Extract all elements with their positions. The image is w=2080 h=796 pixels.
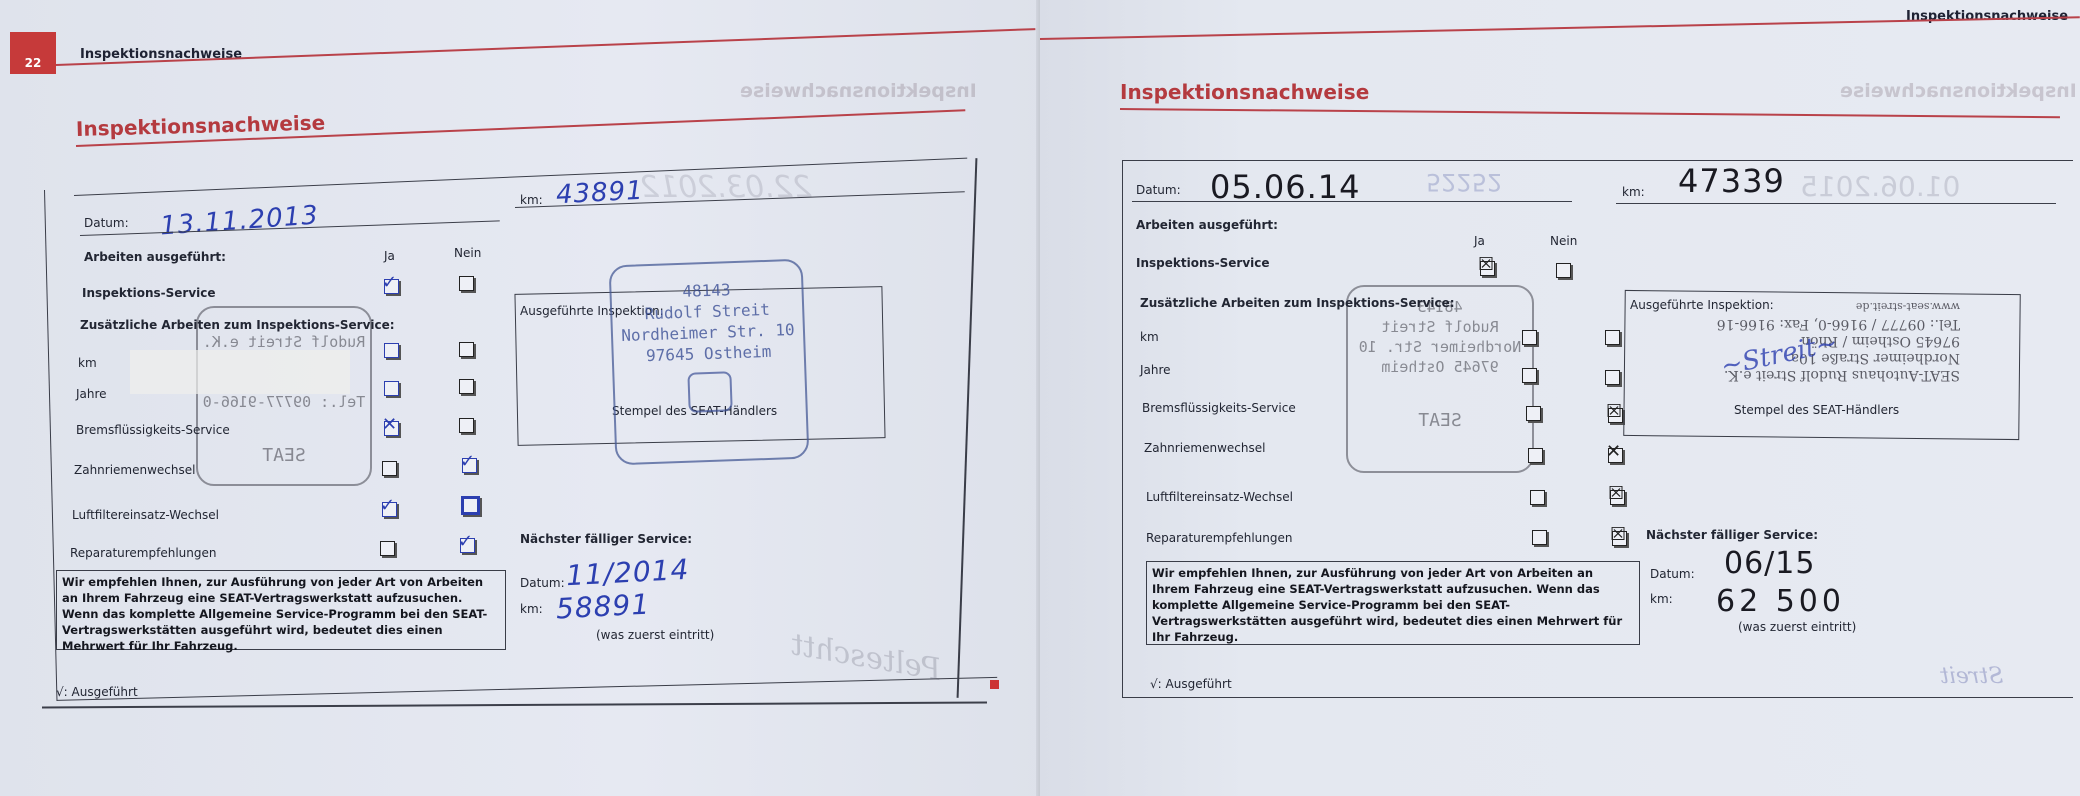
- item-jahre-yes-checkbox[interactable]: [384, 381, 399, 396]
- recommendation-note: Wir empfehlen Ihnen, zur Ausführung von …: [56, 570, 506, 650]
- show-through-title: Inspektionsnachweise: [740, 80, 977, 102]
- page-number-tab: 22: [10, 32, 56, 74]
- item-jahre-no-checkbox[interactable]: [459, 379, 474, 394]
- item-air-filter-yes-checkbox[interactable]: [1530, 490, 1545, 505]
- date-label: Datum:: [1136, 183, 1181, 197]
- next-km-field[interactable]: 62 500: [1716, 584, 1845, 619]
- next-date-label: Datum:: [1650, 567, 1695, 581]
- item-timing-belt-label: Zahnriemenwechsel: [1144, 441, 1265, 455]
- inspection-service-yes-checkbox[interactable]: ☒: [1480, 261, 1495, 276]
- item-timing-belt-label: Zahnriemenwechsel: [74, 463, 195, 477]
- item-air-filter-yes-checkbox[interactable]: ✓: [382, 502, 397, 517]
- item-air-filter-no-checkbox[interactable]: ☒: [1610, 490, 1625, 505]
- show-through-handwriting: 52252: [1426, 168, 1502, 196]
- legend-performed: √: Ausgeführt: [56, 685, 138, 699]
- additional-works-label: Zusätzliche Arbeiten zum Inspektions-Ser…: [80, 318, 395, 332]
- item-timing-belt-no-checkbox[interactable]: ✕: [1608, 448, 1623, 463]
- item-timing-belt-no-checkbox[interactable]: ✓: [462, 458, 477, 473]
- inspection-service-label: Inspektions-Service: [1136, 256, 1270, 270]
- col-no-header: Nein: [454, 246, 481, 260]
- show-through-title: Inspektionsnachweise: [1840, 80, 2077, 102]
- left-page: 22 Inspektionsnachweise Inspektionsnachw…: [0, 0, 1050, 796]
- checkmark-icon: ✓: [382, 274, 397, 292]
- show-through-signature: Streit: [1940, 664, 2003, 689]
- dealer-stamp-label: Stempel des SEAT-Händlers: [1734, 403, 1899, 417]
- inspection-service-label: Inspektions-Service: [82, 286, 216, 300]
- inspection-service-no-checkbox[interactable]: [459, 276, 474, 291]
- item-km-yes-checkbox[interactable]: [384, 343, 399, 358]
- item-brake-fluid-yes-checkbox[interactable]: ✕: [384, 421, 399, 436]
- item-km-yes-checkbox[interactable]: [1522, 330, 1537, 345]
- item-air-filter-label: Luftfiltereinsatz-Wechsel: [1146, 490, 1293, 504]
- additional-works-label: Zusätzliche Arbeiten zum Inspektions-Ser…: [1140, 296, 1455, 310]
- next-km-field[interactable]: 58891: [555, 588, 651, 626]
- km-field[interactable]: 47339: [1678, 162, 1785, 200]
- page-marker: [990, 680, 999, 689]
- next-date-field[interactable]: 06/15: [1724, 546, 1815, 581]
- item-repair-no-checkbox[interactable]: ✓: [460, 538, 475, 553]
- next-km-label: km:: [1650, 592, 1673, 606]
- next-date-field[interactable]: 11/2014: [565, 553, 690, 592]
- col-yes-header: Ja: [384, 249, 395, 263]
- item-repair-no-checkbox[interactable]: ☒: [1612, 531, 1627, 546]
- item-jahre-label: Jahre: [76, 387, 107, 401]
- item-jahre-yes-checkbox[interactable]: [1522, 368, 1537, 383]
- item-km-label: km: [78, 356, 97, 370]
- inspection-service-yes-checkbox[interactable]: ✓: [384, 279, 399, 294]
- km-label: km:: [1622, 185, 1645, 199]
- show-through-stamp: 48143Rudolf StreitNordheimer Str. 109764…: [1346, 285, 1534, 473]
- item-brake-fluid-no-checkbox[interactable]: ☒: [1608, 408, 1623, 423]
- item-repair-yes-checkbox[interactable]: [380, 541, 395, 556]
- item-repair-yes-checkbox[interactable]: [1532, 530, 1547, 545]
- item-jahre-label: Jahre: [1140, 363, 1171, 377]
- km-label: km:: [520, 193, 543, 207]
- works-performed-label: Arbeiten ausgeführt:: [1136, 218, 1278, 232]
- next-service-label: Nächster fälliger Service:: [520, 532, 692, 546]
- item-timing-belt-yes-checkbox[interactable]: [382, 461, 397, 476]
- recommendation-note: Wir empfehlen Ihnen, zur Ausführung von …: [1146, 561, 1640, 645]
- date-label: Datum:: [84, 216, 129, 230]
- inspection-service-no-checkbox[interactable]: [1556, 263, 1571, 278]
- works-performed-label: Arbeiten ausgeführt:: [84, 250, 226, 264]
- seat-logo-icon: [687, 371, 732, 413]
- section-title: Inspektionsnachweise: [1120, 80, 1369, 104]
- title-rule: [1120, 108, 2060, 118]
- item-brake-fluid-yes-checkbox[interactable]: [1526, 406, 1541, 421]
- item-brake-fluid-label: Bremsflüssigkeits-Service: [1142, 401, 1296, 415]
- item-km-no-checkbox[interactable]: [1605, 330, 1620, 345]
- legend-performed: √: Ausgeführt: [1150, 677, 1232, 691]
- dealer-stamp: 48143 Rudolf Streit Nordheimer Str. 10 9…: [609, 259, 810, 466]
- item-repair-recommendations-label: Reparaturempfehlungen: [70, 546, 216, 560]
- item-timing-belt-yes-checkbox[interactable]: [1528, 448, 1543, 463]
- correction-tape: [130, 350, 350, 394]
- whichever-first-note: (was zuerst eintritt): [596, 628, 714, 642]
- item-brake-fluid-label: Bremsflüssigkeits-Service: [76, 423, 230, 437]
- next-date-label: Datum:: [520, 576, 565, 590]
- show-through-handwriting: 22.03.2012: [640, 170, 812, 205]
- next-km-label: km:: [520, 602, 543, 616]
- col-yes-header: Ja: [1474, 234, 1485, 248]
- item-km-label: km: [1140, 330, 1159, 344]
- next-service-label: Nächster fälliger Service:: [1646, 528, 1818, 542]
- item-jahre-no-checkbox[interactable]: [1605, 370, 1620, 385]
- col-no-header: Nein: [1550, 234, 1577, 248]
- item-brake-fluid-no-checkbox[interactable]: [459, 418, 474, 433]
- show-through-stamp: Rudolf Streit e.K.Tel.: 09777-9166-0SEAT: [196, 306, 372, 486]
- item-air-filter-label: Luftfiltereinsatz-Wechsel: [72, 508, 219, 522]
- right-page: Inspektionsnachweise Inspektionsnachweis…: [1040, 0, 2080, 796]
- whichever-first-note: (was zuerst eintritt): [1738, 620, 1856, 634]
- header-rule: [1040, 16, 2080, 40]
- item-repair-recommendations-label: Reparaturempfehlungen: [1146, 531, 1292, 545]
- item-km-no-checkbox[interactable]: [459, 342, 474, 357]
- item-air-filter-no-checkbox[interactable]: [461, 496, 480, 515]
